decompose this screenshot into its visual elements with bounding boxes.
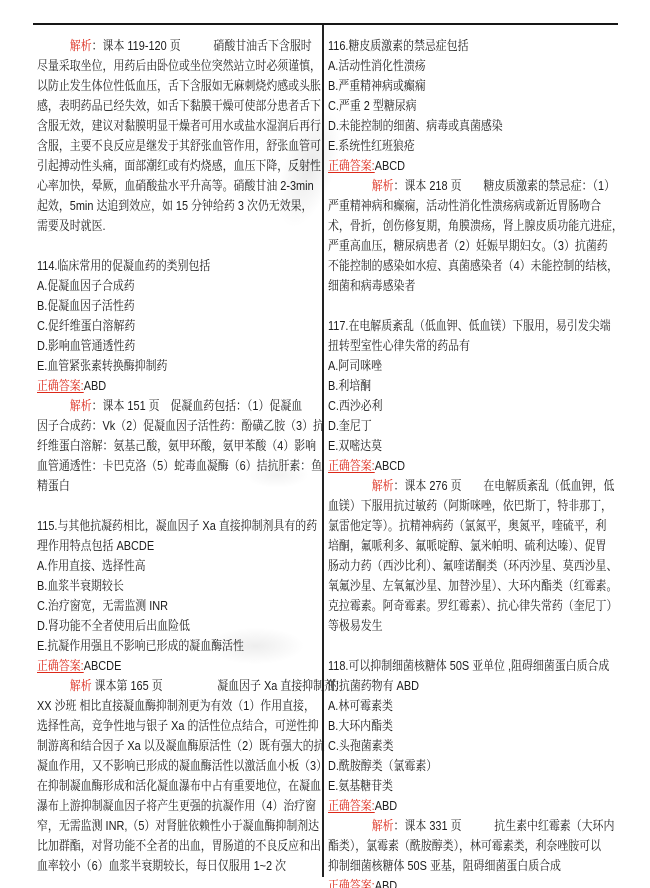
text-line: 凝血作用，又不影响已形成的凝血酶活性以激活血小板（3） [37, 756, 277, 776]
text-line: 解析：课本 218 页 糖皮质激素的禁忌症：（1） [328, 176, 573, 196]
text-segment: ABCD [375, 458, 405, 473]
text-line: 比加群酯，对肾功能不全者的出血，胃肠道的不良反应和出 [37, 836, 277, 856]
text-line: 114.临床常用的促凝血药的类别包括 [37, 256, 277, 276]
text-line: 严重精神病和癫痫，活动性消化性溃疡病或新近胃肠吻合 [328, 196, 573, 216]
text-line: 含服，主要不良反应是继发于其舒张血管作用，舒张血管可 [37, 136, 277, 156]
text-segment: ：课本 276 页 在电解质紊乱（低血钾，低 [394, 478, 615, 493]
text-line: 正确答案:ABCDE [37, 656, 277, 676]
text-line: 心率加快，晕厥，血硝酸盐水平升高等。硝酸甘油 2-3min [37, 176, 277, 196]
correct-answer-label: 正确答案: [328, 458, 375, 473]
text-line: 118.可以抑制细菌核糖体 50S 亚单位 ,阻碍细菌蛋白质合成 [328, 656, 573, 676]
text-segment: ABD [375, 798, 397, 813]
text-line: 含服无效，建议对黏膜明显干燥者可用水或盐水湿润后再行 [37, 116, 277, 136]
text-line: D.肾功能不全者使用后出血险低 [37, 616, 277, 636]
correct-answer-label: 正确答案: [37, 658, 84, 673]
text-segment [328, 818, 372, 833]
text-line: 精蛋白 [37, 476, 277, 496]
text-segment [37, 678, 70, 693]
analysis-label: 解析 [70, 38, 92, 53]
blank-line [37, 496, 277, 516]
text-segment: ：课本 119-120 页 硝酸甘油舌下含服时 [92, 38, 312, 53]
text-line: D.未能控制的细菌、病毒或真菌感染 [328, 116, 573, 136]
text-line: A.作用直接、选择性高 [37, 556, 277, 576]
correct-answer-label: 正确答案: [328, 878, 375, 888]
text-line: 115.与其他抗凝药相比，凝血因子 Xa 直接抑制剂具有的药 [37, 516, 277, 536]
text-line: 不能控制的感染如水痘、真菌感染者（4）未能控制的结核， [328, 256, 573, 276]
text-line: 克拉霉素。阿奇霉素。罗红霉素）、抗心律失常药（奎尼丁） [328, 596, 573, 616]
text-line: 选择性高，竞争性地与银子 Xa 的活性位点结合，可逆性抑 [37, 716, 277, 736]
text-line: 窄，无需监测 INR,（5）对肾脏依赖性小于凝血酶抑制剂达 [37, 816, 277, 836]
text-line: 因子合成药：Vk（2）促凝血因子活性药：酚磺乙胺（3）抗 [37, 416, 277, 436]
text-segment: ABCD [375, 158, 405, 173]
text-line: B.血浆半衰期较长 [37, 576, 277, 596]
text-line: 肠动力药（西沙比利）、氟喹诺酮类（环丙沙星、莫西沙星、 [328, 556, 573, 576]
text-segment: ：课本 331 页 抗生素中红霉素（大环内 [394, 818, 615, 833]
text-line: 理作用特点包括 ABCDE [37, 536, 277, 556]
text-line: 培酮，氟哌利多、氟哌啶醇、氯米帕明、硫利达嗪）、促胃 [328, 536, 573, 556]
text-line: 在抑制凝血酶形成和活化凝血瀑布中占有重要地位，在凝血 [37, 776, 277, 796]
analysis-label: 解析 [70, 398, 92, 413]
text-line: C.促纤维蛋白溶解药 [37, 316, 277, 336]
text-line: E.系统性红班狼疮 [328, 136, 573, 156]
text-line: 以防止发生体位性低血压，舌下含服如无麻刺烧灼感或头胀 [37, 76, 277, 96]
text-line: 纤维蛋白溶解：氨基己酸，氨甲环酸，氨甲苯酸（4）影响 [37, 436, 277, 456]
text-line: 氯雷他定等）。抗精神病药（氯氮平，奥氮平，喹硫平，利 [328, 516, 573, 536]
text-line: XX 沙班 相比直接凝血酶抑制剂更为有效（1）作用直接， [37, 696, 277, 716]
text-line: A.林可霉素类 [328, 696, 573, 716]
text-line: B.利培酮 [328, 376, 573, 396]
text-segment [328, 478, 372, 493]
text-line: 细菌和病毒感染者 [328, 276, 573, 296]
top-horizontal-rule [33, 23, 618, 25]
text-line: E.氨基糖苷类 [328, 776, 573, 796]
text-line: 氧氟沙星、左氧氟沙星、加替沙星）、大环内酯类（红霉素。 [328, 576, 573, 596]
text-segment [37, 398, 70, 413]
text-line: 解析：课本 331 页 抗生素中红霉素（大环内 [328, 816, 573, 836]
text-line: A.活动性消化性溃疡 [328, 56, 573, 76]
text-segment: 课本第 165 页 凝血因子 Xa 直接抑制剂： [95, 678, 346, 693]
text-line: 正确答案:ABCD [328, 456, 573, 476]
text-segment: ABCDE [84, 658, 122, 673]
text-line: 正确答案:ABD [328, 796, 573, 816]
text-line: E.双嘧达莫 [328, 436, 573, 456]
text-segment [328, 178, 372, 193]
text-line: E.血管紧张素转换酶抑制药 [37, 356, 277, 376]
text-line: D.奎尼丁 [328, 416, 573, 436]
text-line: B.促凝血因子活性药 [37, 296, 277, 316]
blank-line [37, 236, 277, 256]
text-line: C.治疗窗宽，无需监测 INR [37, 596, 277, 616]
text-segment [37, 38, 70, 53]
text-line: 116.糖皮质激素的禁忌症包括 [328, 36, 573, 56]
text-line: 抑制细菌核糖体 50S 亚基，阻碍细菌蛋白质合成 [328, 856, 573, 876]
text-line: B.大环内酯类 [328, 716, 573, 736]
analysis-label: 解析 [70, 678, 95, 693]
text-line: 血镁）下服用抗过敏药（阿斯咪唑，依巴斯丁，特非那丁， [328, 496, 573, 516]
text-line: 酯类），氯霉素（酰胺醇类），林可霉素类，利奈唑胺可以 [328, 836, 573, 856]
text-segment: ABD [84, 378, 106, 393]
text-line: 解析：课本 276 页 在电解质紊乱（低血钾，低 [328, 476, 573, 496]
text-line: 制游离和结合因子 Xa 以及凝血酶原活性（2）既有强大的抗 [37, 736, 277, 756]
text-segment: ：课本 151 页 促凝血药包括：（1）促凝血 [92, 398, 303, 413]
text-line: A.促凝血因子合成药 [37, 276, 277, 296]
text-line: 血率较小（6）血浆半衰期较长，每日仅服用 1~2 次 [37, 856, 277, 876]
text-segment: ABD [375, 878, 397, 888]
correct-answer-label: 正确答案: [37, 378, 84, 393]
text-line: D.影响血管通透性药 [37, 336, 277, 356]
analysis-label: 解析 [372, 818, 394, 833]
text-line: D.酰胺醇类（氯霉素） [328, 756, 573, 776]
analysis-label: 解析 [372, 178, 394, 193]
text-line: 正确答案:ABD [328, 876, 573, 888]
correct-answer-label: 正确答案: [328, 798, 375, 813]
text-line: 正确答案:ABD [37, 376, 277, 396]
text-segment: ：课本 218 页 糖皮质激素的禁忌症：（1） [394, 178, 615, 193]
text-line: 起效，5min 达追到效应，如 15 分钟给药 3 次仍无效果， [37, 196, 277, 216]
blank-line [328, 636, 573, 656]
blank-line [328, 296, 573, 316]
text-line: 正确答案:ABCD [328, 156, 573, 176]
text-line: 解析：课本 151 页 促凝血药包括：（1）促凝血 [37, 396, 277, 416]
right-text-column: 116.糖皮质激素的禁忌症包括A.活动性消化性溃疡B.严重精神病或癫痫C.严重 … [328, 36, 620, 888]
text-line: E.抗凝作用强且不影响已形成的凝血酶活性 [37, 636, 277, 656]
text-line: 117.在电解质紊乱（低血钾、低血镁）下服用，易引发尖端 [328, 316, 573, 336]
analysis-label: 解析 [372, 478, 394, 493]
text-line: B.严重精神病或癫痫 [328, 76, 573, 96]
correct-answer-label: 正确答案: [328, 158, 375, 173]
text-line: 严重高血压，糖尿病患者（2）妊娠早期妇女。（3）抗菌药 [328, 236, 573, 256]
text-line: 解析：课本 119-120 页 硝酸甘油舌下含服时 [37, 36, 277, 56]
text-line: C.严重 2 型糖尿病 [328, 96, 573, 116]
text-line: 的抗菌药物有 ABD [328, 676, 573, 696]
document-page: 解析：课本 119-120 页 硝酸甘油舌下含服时尽量采取坐位，用药后由卧位或坐… [0, 0, 650, 888]
text-line: 感，表明药品已经失效，如舌下黏膜干燥可使部分患者舌下 [37, 96, 277, 116]
text-line: 瀑布上游抑制凝血因子将产生更强的抗凝作用（4）治疗窗 [37, 796, 277, 816]
text-line: 血管通透性：卡巴克洛（5）蛇毒血凝酶（6）拮抗肝素：鱼 [37, 456, 277, 476]
text-line: 尽量采取坐位，用药后由卧位或坐位突然站立时必须谨慎， [37, 56, 277, 76]
text-line: 引起搏动性头痛，面部潮红或有灼烧感，血压下降，反射性 [37, 156, 277, 176]
text-line: C.头孢菌素类 [328, 736, 573, 756]
text-line: 解析 课本第 165 页 凝血因子 Xa 直接抑制剂： [37, 676, 277, 696]
text-line: 术，骨折，创伤修复期，角膜溃疡，肾上腺皮质功能亢进症， [328, 216, 573, 236]
text-line: C.西沙必利 [328, 396, 573, 416]
text-line: 等极易发生 [328, 616, 573, 636]
text-line: 需要及时就医. [37, 216, 277, 236]
text-line: 扭转型室性心律失常的药品有 [328, 336, 573, 356]
text-line: A.阿司咪唑 [328, 356, 573, 376]
left-text-column: 解析：课本 119-120 页 硝酸甘油舌下含服时尽量采取坐位，用药后由卧位或坐… [37, 36, 323, 876]
